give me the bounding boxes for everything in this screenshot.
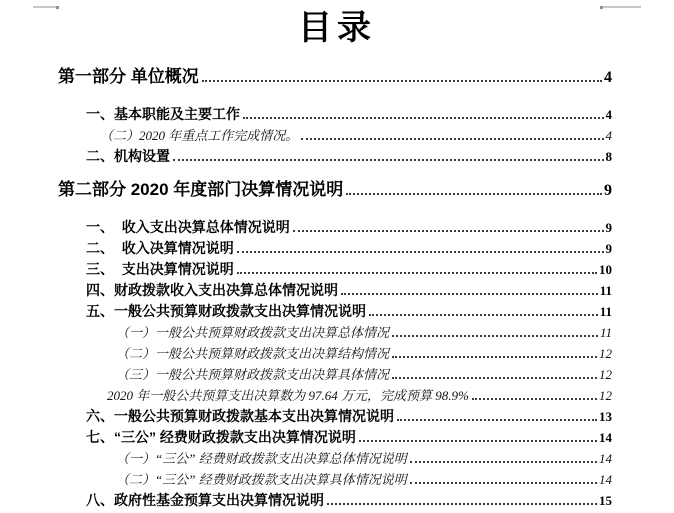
page-title: 目录 [0,6,674,50]
toc-entry[interactable]: 二、机构设置8 [58,146,612,167]
page-number: 15 [599,490,612,511]
page-number: 11 [600,280,612,301]
dot-leader [237,272,597,274]
page-number: 9 [606,238,613,259]
toc-entry-text: 七、“三公” 经费财政拨款支出决算情况说明 [86,427,356,448]
toc-entry-text: 第一部分 单位概况 [58,66,199,88]
toc-entry[interactable]: （三）一般公共预算财政拨款支出决算具体情况12 [58,364,612,385]
toc-entry[interactable]: 一、 收入支出决算总体情况说明9 [58,217,612,238]
page-number: 11 [600,322,612,343]
page-number: 14 [599,448,612,469]
toc-entry-text: 八、政府性基金预算支出决算情况说明 [86,490,324,511]
toc-entry-text: 五、一般公共预算财政拨款支出决算情况说明 [86,301,366,322]
page-number: 11 [600,301,612,322]
dot-leader [392,356,597,358]
toc-entry[interactable]: （二）一般公共预算财政拨款支出决算结构情况12 [58,343,612,364]
page-number: 4 [606,125,613,146]
toc-entry-text: 2020 年一般公共预算支出决算数为 97.64 万元，完成预算 98.9% [107,385,469,406]
dot-leader [397,419,597,421]
dot-leader [243,117,604,119]
dot-leader [392,335,598,337]
page-number: 8 [606,146,613,167]
page-number: 12 [599,364,612,385]
dot-leader [472,398,597,400]
toc-entry-text: 四、财政拨款收入支出决算总体情况说明 [86,280,338,301]
toc-entry-text: 六、一般公共预算财政拨款基本支出决算情况说明 [86,406,394,427]
dot-leader [202,80,602,82]
toc-entry-text: （二）2020 年重点工作完成情况。 [100,125,298,146]
toc-entry[interactable]: 八、政府性基金预算支出决算情况说明15 [58,490,612,511]
toc-entry[interactable]: （一）一般公共预算财政拨款支出决算总体情况11 [58,322,612,343]
toc-entry[interactable]: 第二部分 2020 年度部门决算情况说明9 [58,179,612,201]
page-number: 9 [604,180,612,202]
page-margin-mark-right [601,6,641,8]
dot-leader [173,159,604,161]
page-number: 12 [599,343,612,364]
toc-entry[interactable]: 四、财政拨款收入支出决算总体情况说明11 [58,280,612,301]
dot-leader [293,230,604,232]
toc-entry[interactable]: （二）2020 年重点工作完成情况。4 [58,125,612,146]
toc-entry-text: 第二部分 2020 年度部门决算情况说明 [58,179,343,201]
document-page: 目录 第一部分 单位概况4一、基本职能及主要工作4（二）2020 年重点工作完成… [0,6,674,513]
dot-leader [369,314,598,316]
page-number: 9 [606,217,613,238]
toc-entry[interactable]: 2020 年一般公共预算支出决算数为 97.64 万元，完成预算 98.9%12 [58,385,612,406]
toc-list: 第一部分 单位概况4一、基本职能及主要工作4（二）2020 年重点工作完成情况。… [58,66,612,511]
toc-entry[interactable]: （二）“三公” 经费财政拨款支出决算具体情况说明14 [58,469,612,490]
toc-entry-text: 一、 收入支出决算总体情况说明 [86,217,290,238]
page-number: 4 [606,104,613,125]
toc-entry-text: （二）一般公共预算财政拨款支出决算结构情况 [116,343,389,364]
toc-entry[interactable]: （一）“三公” 经费财政拨款支出决算总体情况说明14 [58,448,612,469]
dot-leader [301,138,603,140]
toc-entry[interactable]: 一、基本职能及主要工作4 [58,104,612,125]
toc-entry-text: 一、基本职能及主要工作 [86,104,240,125]
page-number: 14 [599,427,612,448]
page-number: 10 [599,259,612,280]
toc-entry[interactable]: 二、 收入决算情况说明9 [58,238,612,259]
dot-leader [346,193,602,195]
toc-entry-text: （一）一般公共预算财政拨款支出决算总体情况 [116,322,389,343]
page-number: 13 [599,406,612,427]
dot-leader [341,293,598,295]
page-number: 14 [599,469,612,490]
dot-leader [392,377,597,379]
toc-entry-text: 三、 支出决算情况说明 [86,259,234,280]
toc-entry[interactable]: 六、一般公共预算财政拨款基本支出决算情况说明13 [58,406,612,427]
dot-leader [327,503,597,505]
dot-leader [359,440,597,442]
toc-entry[interactable]: 五、一般公共预算财政拨款支出决算情况说明11 [58,301,612,322]
toc-entry-text: 二、机构设置 [86,146,170,167]
toc-entry-text: （一）“三公” 经费财政拨款支出决算总体情况说明 [116,448,407,469]
toc-entry-text: （二）“三公” 经费财政拨款支出决算具体情况说明 [116,469,407,490]
dot-leader [237,251,604,253]
toc-entry[interactable]: 三、 支出决算情况说明10 [58,259,612,280]
dot-leader [410,461,597,463]
page-number: 12 [599,385,612,406]
toc-entry-text: 二、 收入决算情况说明 [86,238,234,259]
dot-leader [410,482,597,484]
page-margin-mark-left [33,6,58,8]
toc-entry-text: （三）一般公共预算财政拨款支出决算具体情况 [116,364,389,385]
toc-entry[interactable]: 七、“三公” 经费财政拨款支出决算情况说明14 [58,427,612,448]
page-number: 4 [604,67,612,89]
toc-entry[interactable]: 第一部分 单位概况4 [58,66,612,88]
